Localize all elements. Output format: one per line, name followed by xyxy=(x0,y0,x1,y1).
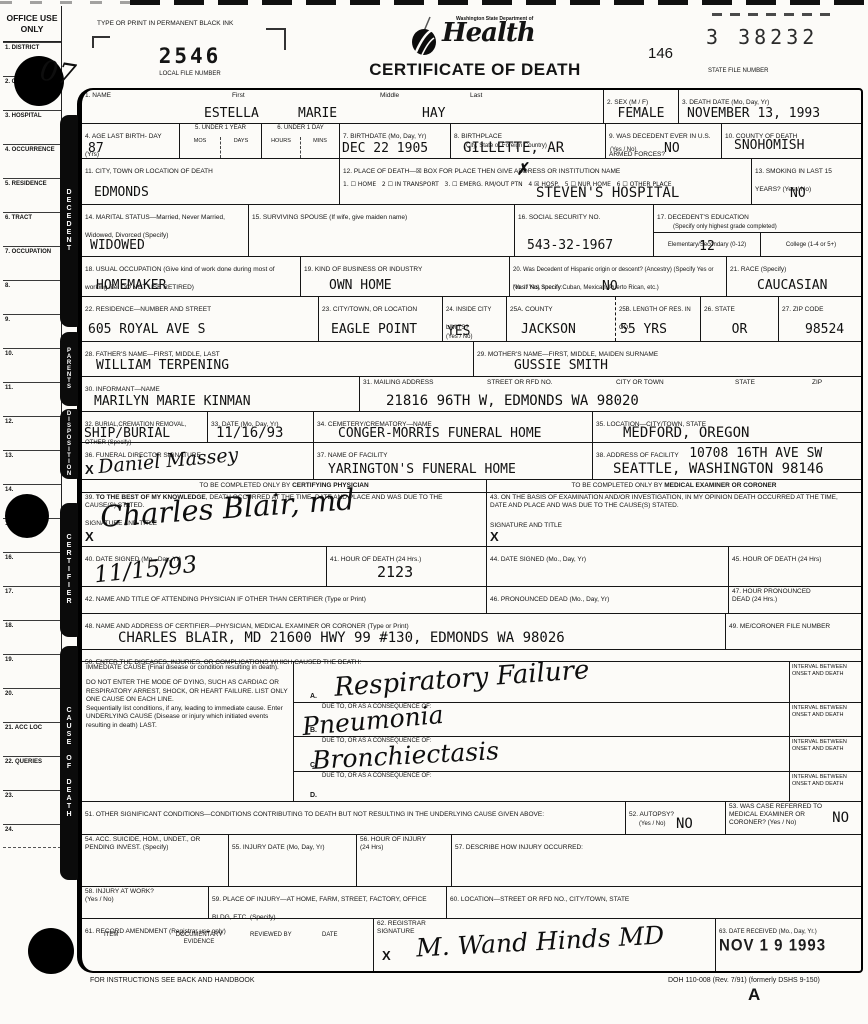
cause-a-handwritten: Respiratory Failure xyxy=(333,655,590,703)
cause-instruction-3: Sequentially list conditions, if any, le… xyxy=(86,705,289,730)
field-father-name: 28. FATHER'S NAME—FIRST, MIDDLE, LAST WI… xyxy=(82,342,474,376)
margin-item: 7. OCCUPATION xyxy=(3,246,61,280)
margin-item: 23. xyxy=(3,790,61,824)
field-record-amendment: 61. RECORD AMENDMENT (Registrar use only… xyxy=(82,919,374,971)
field-how-injury-occurred-label: 57. DESCRIBE HOW INJURY OCCURRED: xyxy=(455,844,583,851)
last-name-value: HAY xyxy=(422,106,445,121)
interval-label: INTERVAL BETWEEN ONSET AND DEATH xyxy=(789,703,861,736)
field-hour-of-death-label: 41. HOUR OF DEATH (24 Hrs.) xyxy=(330,556,421,563)
scan-edge-artifact xyxy=(130,0,868,5)
type-or-print-note: TYPE OR PRINT IN PERMANENT BLACK INK xyxy=(97,20,233,27)
amendment-reviewed-header: REVIEWED BY xyxy=(250,932,292,939)
interval-label: INTERVAL BETWEEN ONSET AND DEATH xyxy=(789,662,861,702)
tab-certifier-label: CERTIFIER xyxy=(66,534,73,606)
field-date-signed: 40. DATE SIGNED (Mo., Day, Yr) 11/15/93 xyxy=(82,547,327,586)
mother-name-value: GUSSIE SMITH xyxy=(514,358,608,373)
field-cemetery: 34. CEMETERY/CREMATORY—NAME CONGER-MORRI… xyxy=(314,412,593,442)
college-header: College (1-4 or 5+) xyxy=(786,242,836,248)
field-death-date: 3. DEATH DATE (Mo, Day, Yr) NOVEMBER 13,… xyxy=(679,90,861,123)
field-how-injury-occurred: 57. DESCRIBE HOW INJURY OCCURRED: xyxy=(452,835,861,886)
field-mother-name-label: 29. MOTHER'S NAME—FIRST, MIDDLE, MAIDEN … xyxy=(477,351,658,358)
cemetery-value: CONGER-MORRIS FUNERAL HOME xyxy=(338,426,542,441)
field-autopsy-label: 52. AUTOPSY? xyxy=(629,811,674,818)
tab-cause-of-death-label: CAUSE OF DEATH xyxy=(66,707,73,819)
facility-name-value: YARINGTON'S FUNERAL HOME xyxy=(328,462,516,477)
field-manner-of-death: 54. ACC. SUICIDE, HOM., UNDET., OR PENDI… xyxy=(82,835,229,886)
field-injury-at-work-label: 58. INJURY AT WORK? (Yes / No) xyxy=(85,888,165,904)
cause-line-c: DUE TO, OR AS A CONSEQUENCE OF: C. Bronc… xyxy=(294,737,861,772)
document-title: CERTIFICATE OF DEATH xyxy=(352,60,598,80)
field-armed-forces-label: 9. WAS DECEDENT EVER IN U.S. ARMED FORCE… xyxy=(609,133,711,158)
option-emerg-rm: 3. ☐ EMERG. RM/OUT PTN xyxy=(445,181,523,188)
field-under-1-day: 6. UNDER 1 DAY HOURS MINS xyxy=(262,124,340,158)
field-residence-county-label: 25A. COUNTY xyxy=(510,306,553,313)
mos-header: MOS xyxy=(180,137,220,158)
hours-header: HOURS xyxy=(262,137,300,158)
cause-line-a: A. Respiratory Failure INTERVAL BETWEEN … xyxy=(294,662,861,703)
field-surviving-spouse: 15. SURVIVING SPOUSE (If wife, give maid… xyxy=(249,205,515,256)
funeral-director-signature: Daniel Massey xyxy=(97,444,239,478)
cause-lines: A. Respiratory Failure INTERVAL BETWEEN … xyxy=(294,662,861,801)
street-header: STREET OR RFD NO. xyxy=(487,379,553,387)
cause-line-b: DUE TO, OR AS A CONSEQUENCE OF: B. Pneum… xyxy=(294,703,861,737)
field-residence-county: 25A. COUNTY JACKSON xyxy=(507,297,616,341)
field-me-date-signed-label: 44. DATE SIGNED (Mo., Day, Yr) xyxy=(490,556,586,563)
city-header: CITY OR TOWN xyxy=(616,379,664,387)
margin-item: 9. xyxy=(3,314,61,348)
margin-item: 4. OCCURRENCE xyxy=(3,144,61,178)
medical-examiner-band: TO BE COMPLETED ONLY BY MEDICAL EXAMINER… xyxy=(487,480,861,492)
punch-hole xyxy=(28,928,74,974)
field-under-1-year: 5. UNDER 1 YEAR MOS DAYS xyxy=(180,124,262,158)
cause-line-d: DUE TO, OR AS A CONSEQUENCE OF: D. INTER… xyxy=(294,772,861,801)
field-injury-location: 60. LOCATION—STREET OR RFD NO., CITY/TOW… xyxy=(447,887,861,918)
margin-item: 3. HOSPITAL xyxy=(3,110,61,144)
interval-label: INTERVAL BETWEEN ONSET AND DEATH xyxy=(789,737,861,771)
field-me-hour-of-death-label: 45. HOUR OF DEATH (24 Hrs) xyxy=(732,556,821,563)
elementary-secondary-value: 12 xyxy=(654,239,760,254)
mailing-address-value: 21816 96TH W, EDMONDS WA 98020 xyxy=(386,393,639,409)
field-pronounced-dead-label: 46. PRONOUNCED DEAD (Mo., Day, Yr) xyxy=(490,596,609,603)
field-informant: 30. INFORMANT—NAME MARILYN MARIE KINMAN xyxy=(82,377,360,411)
death-date-value: NOVEMBER 13, 1993 xyxy=(687,106,820,121)
field-me-date-signed: 44. DATE SIGNED (Mo., Day, Yr) xyxy=(487,547,729,586)
field-name-label: 1. NAME xyxy=(85,92,111,100)
field-city-of-death: 11. CITY, TOWN OR LOCATION OF DEATH EDMO… xyxy=(82,159,340,204)
local-file-number-block: 2546 LOCAL FILE NUMBER xyxy=(130,44,250,77)
margin-item: 21. ACC LOC xyxy=(3,722,61,756)
field-length-of-residence: 25B. LENGTH OF RES. IN CO. 55 YRS xyxy=(616,297,701,341)
field-other-conditions-label: 51. OTHER SIGNIFICANT CONDITIONS—CONDITI… xyxy=(85,811,544,818)
field-place-of-death-label: 12. PLACE OF DEATH—☒ BOX FOR PLACE THEN … xyxy=(343,168,620,175)
local-file-number: 2546 xyxy=(130,44,250,68)
field-birthplace: 8. BIRTHPLACE (City, State or Foreign Co… xyxy=(451,124,606,158)
last-header: Last xyxy=(470,92,482,100)
certificate-form: 1. NAME First Middle Last ESTELLA MARIE … xyxy=(77,88,863,973)
field-hour-pronounced-dead: 47. HOUR PRONOUNCED DEAD (24 Hrs.) xyxy=(729,587,861,613)
field-residence-street: 22. RESIDENCE—NUMBER AND STREET 605 ROYA… xyxy=(82,297,319,341)
college-col: College (1-4 or 5+) xyxy=(761,233,861,256)
state-file-number: 3 38232 xyxy=(706,25,818,49)
field-sex-label: 2. SEX (M / F) xyxy=(607,99,648,106)
field-business: 19. KIND OF BUSINESS OR INDUSTRY OWN HOM… xyxy=(301,257,510,296)
field-attending-physician-label: 42. NAME AND TITLE OF ATTENDING PHYSICIA… xyxy=(85,596,366,603)
father-name-value: WILLIAM TERPENING xyxy=(96,358,229,373)
field-disposition-date: 33. DATE (Mo, Day, Yr) 11/16/93 xyxy=(208,412,314,442)
field-certifier-name-address-label: 48. NAME AND ADDRESS OF CERTIFIER—PHYSIC… xyxy=(85,623,409,630)
field-facility-name-label: 37. NAME OF FACILITY xyxy=(317,452,387,459)
scan-dash-artifact xyxy=(712,13,837,16)
field-occupation: 18. USUAL OCCUPATION (Give kind of work … xyxy=(82,257,301,296)
first-name-value: ESTELLA xyxy=(204,106,259,121)
field-facility-address: 38. ADDRESS OF FACILITY 10708 16TH AVE S… xyxy=(593,443,861,479)
residence-county-value: JACKSON xyxy=(521,322,576,337)
residence-street-value: 605 ROYAL AVE S xyxy=(88,322,205,337)
field-hour-of-death: 41. HOUR OF DEATH (24 Hrs.) 2123 xyxy=(327,547,487,586)
field-me-certification: 43. ON THE BASIS OF EXAMINATION AND/OR I… xyxy=(487,493,861,546)
field-place-of-injury-label: 59. PLACE OF INJURY—AT HOME, FARM, STREE… xyxy=(212,896,427,921)
field-hour-of-injury: 56. HOUR OF INJURY (24 Hrs) xyxy=(357,835,452,886)
field-sex: 2. SEX (M / F) FEMALE xyxy=(604,90,679,123)
armed-forces-value: NO xyxy=(664,141,680,156)
margin-item: 6. TRACT xyxy=(3,212,61,246)
field-certifier-name-address: 48. NAME AND ADDRESS OF CERTIFIER—PHYSIC… xyxy=(82,614,726,649)
tab-certifier: CERTIFIER xyxy=(60,503,78,637)
inside-city-limits-value: YES xyxy=(447,324,470,339)
field-place-of-death: 12. PLACE OF DEATH—☒ BOX FOR PLACE THEN … xyxy=(340,159,752,204)
hosp-checkbox-mark: ✗ xyxy=(515,159,530,179)
cause-of-death-header: 50. ENTER THE DISEASES, INJURIES, OR COM… xyxy=(82,650,861,662)
margin-item: 8. xyxy=(3,280,61,314)
facility-address-line1: 10708 16TH AVE SW xyxy=(689,446,822,461)
field-business-label: 19. KIND OF BUSINESS OR INDUSTRY xyxy=(304,266,422,273)
field-facility-address-label: 38. ADDRESS OF FACILITY xyxy=(596,452,679,459)
margin-item: 18. xyxy=(3,620,61,654)
field-manner-of-death-label: 54. ACC. SUICIDE, HOM., UNDET., OR PENDI… xyxy=(85,836,205,852)
hour-of-death-value: 2123 xyxy=(377,563,413,581)
cause-of-death-grid: IMMEDIATE CAUSE (Final disease or condit… xyxy=(82,662,861,801)
signature-x-mark: X xyxy=(85,529,94,544)
field-disposition-type: 32. BURIAL,CREMATION REMOVAL, OTHER (Spe… xyxy=(82,412,208,442)
days-header: DAYS xyxy=(220,137,261,158)
margin-item: 17. xyxy=(3,586,61,620)
field-zip-label: 27. ZIP CODE xyxy=(782,306,823,313)
footer-instructions: FOR INSTRUCTIONS SEE BACK AND HANDBOOK xyxy=(90,977,255,984)
field-residence-city: 23. CITY/TOWN, OR LOCATION EAGLE POINT xyxy=(319,297,443,341)
date-received-stamp: NOV 1 9 1993 xyxy=(719,936,826,954)
cause-instructions: IMMEDIATE CAUSE (Final disease or condit… xyxy=(82,662,294,801)
field-me-file-number: 49. ME/CORONER FILE NUMBER xyxy=(726,614,861,649)
field-birthplace-label: 8. BIRTHPLACE xyxy=(454,133,502,140)
field-marital-status: 14. MARITAL STATUS—Married, Never Marrie… xyxy=(82,205,249,256)
field-referred-to-me: 53. WAS CASE REFERRED TO MEDICAL EXAMINE… xyxy=(726,802,861,834)
field-residence-city-label: 23. CITY/TOWN, OR LOCATION xyxy=(322,306,417,313)
field-injury-location-label: 60. LOCATION—STREET OR RFD NO., CITY/TOW… xyxy=(450,896,629,903)
field-registrar-signature: 62. REGISTRAR SIGNATURE X M. Wand Hinds … xyxy=(374,919,716,971)
ssn-value: 543-32-1967 xyxy=(527,238,613,253)
zip-value: 98524 xyxy=(805,322,844,337)
field-race-label: 21. RACE (Specify) xyxy=(730,266,786,273)
county-of-death-value: SNOHOMISH xyxy=(734,138,804,153)
field-marital-status-label: 14. MARITAL STATUS—Married, Never Marrie… xyxy=(85,214,225,239)
signature-x-mark: X xyxy=(490,529,499,544)
length-of-residence-value: 55 YRS xyxy=(620,322,667,337)
field-place-of-injury: 59. PLACE OF INJURY—AT HOME, FARM, STREE… xyxy=(209,887,447,918)
doh-health-word: Health xyxy=(442,22,535,45)
field-autopsy: 52. AUTOPSY? (Yes / No) NO xyxy=(626,802,726,834)
field-residence-state-label: 26. STATE xyxy=(704,306,735,313)
education-subcols: Elementary/Secondary (0-12) 12 College (… xyxy=(654,232,861,256)
field-armed-forces-yesno: (Yes / No) xyxy=(610,147,636,154)
business-value: OWN HOME xyxy=(329,278,392,293)
field-residence-street-label: 22. RESIDENCE—NUMBER AND STREET xyxy=(85,306,211,313)
margin-item: 5. RESIDENCE xyxy=(3,178,61,212)
field-other-conditions: 51. OTHER SIGNIFICANT CONDITIONS—CONDITI… xyxy=(82,802,626,834)
tab-disposition-label: DISPOSITION xyxy=(66,411,72,477)
interval-label: INTERVAL BETWEEN ONSET AND DEATH xyxy=(789,772,861,801)
field-hour-of-injury-label: 56. HOUR OF INJURY (24 Hrs) xyxy=(360,836,430,852)
me-certification-label: 43. ON THE BASIS OF EXAMINATION AND/OR I… xyxy=(490,494,850,510)
field-me-hour-of-death: 45. HOUR OF DEATH (24 Hrs) xyxy=(729,547,861,586)
margin-item: 24. xyxy=(3,824,61,848)
residence-city-value: EAGLE POINT xyxy=(331,322,417,337)
margin-item: 11. xyxy=(3,382,61,416)
field-cemetery-location: 35. LOCATION—CITY/TOWN, STATE MEDFORD, O… xyxy=(593,412,861,442)
office-use-title: OFFICE USE ONLY xyxy=(3,6,61,42)
field-education-sublabel: (Specify only highest grade completed) xyxy=(673,224,858,231)
page-number: 146 xyxy=(648,45,673,62)
state-header: STATE xyxy=(735,379,755,387)
field-death-date-label: 3. DEATH DATE (Mo, Day, Yr) xyxy=(682,99,769,106)
field-ssn: 16. SOCIAL SECURITY NO. 543-32-1967 xyxy=(515,205,654,256)
field-age: 4. AGE LAST BIRTH- DAY (Yrs) 87 xyxy=(82,124,180,158)
margin-item: 22. QUERIES xyxy=(3,756,61,790)
option-in-transport: 2 ☐ IN TRANSPORT xyxy=(382,181,439,188)
middle-name-value: MARIE xyxy=(298,106,337,121)
zip-header: ZIP xyxy=(812,379,822,387)
amendment-evidence-header: DOCUMENTARY EVIDENCE xyxy=(170,932,228,946)
field-attending-physician: 42. NAME AND TITLE OF ATTENDING PHYSICIA… xyxy=(82,587,487,613)
footer-form-number: DOH 110-008 (Rev. 7/91) (formerly DSHS 9… xyxy=(668,977,820,984)
margin-item: 16. xyxy=(3,552,61,586)
signature-x-mark: X xyxy=(382,948,391,963)
field-mailing-address-label: 31. MAILING ADDRESS xyxy=(363,379,433,387)
under-1-day-subcols: HOURS MINS xyxy=(262,137,339,158)
punch-hole xyxy=(5,494,49,538)
certification-num: 39. xyxy=(85,494,94,501)
tab-cause-of-death: CAUSE OF DEATH xyxy=(60,646,78,880)
field-name: 1. NAME First Middle Last ESTELLA MARIE … xyxy=(82,90,604,123)
margin-item: 10. xyxy=(3,348,61,382)
mins-header: MINS xyxy=(300,137,339,158)
birthdate-value: DEC 22 1905 xyxy=(342,141,428,156)
field-education: 17. DECEDENT'S EDUCATION (Specify only h… xyxy=(654,205,861,256)
field-residence-state: 26. STATE OR xyxy=(701,297,779,341)
tab-parents-label: PARENTS xyxy=(66,348,72,390)
scan-edge-artifact xyxy=(0,1,130,4)
certifier-name-address-value: CHARLES BLAIR, MD 21600 HWY 99 #130, EDM… xyxy=(118,630,565,646)
cemetery-location-value: MEDFORD, OREGON xyxy=(623,425,749,441)
line-d-marker: D. xyxy=(310,792,317,799)
local-file-number-label: LOCAL FILE NUMBER xyxy=(130,71,250,77)
margin-item: 20. xyxy=(3,688,61,722)
field-me-file-number-label: 49. ME/CORONER FILE NUMBER xyxy=(729,623,830,630)
field-facility-name: 37. NAME OF FACILITY YARINGTON'S FUNERAL… xyxy=(314,443,593,479)
doh-logo-text: Washington State Department of Health xyxy=(442,16,535,45)
referred-to-me-value: NO xyxy=(832,810,849,826)
informant-value: MARILYN MARIE KINMAN xyxy=(94,394,251,409)
corner-bracket xyxy=(266,28,286,50)
line-a-marker: A. xyxy=(310,693,317,700)
field-funeral-director-signature: 36. FUNERAL DIRECTOR SIGNATURE X Daniel … xyxy=(82,443,314,479)
field-referred-to-me-label: 53. WAS CASE REFERRED TO MEDICAL EXAMINE… xyxy=(729,803,827,827)
disposition-date-value: 11/16/93 xyxy=(216,425,283,441)
sex-value: FEMALE xyxy=(604,106,678,121)
marital-status-value: WIDOWED xyxy=(90,238,145,253)
field-education-label: 17. DECEDENT'S EDUCATION xyxy=(657,214,749,221)
office-use-column: OFFICE USE ONLY 1. DISTRICT 2. COPIES 3.… xyxy=(3,6,62,848)
district-handwritten-number: 07 xyxy=(38,53,78,91)
footer-revision-mark: A xyxy=(748,985,760,1005)
field-pronounced-dead: 46. PRONOUNCED DEAD (Mo., Day, Yr) xyxy=(487,587,729,613)
field-mother-name: 29. MOTHER'S NAME—FIRST, MIDDLE, MAIDEN … xyxy=(474,342,861,376)
field-birthdate: 7. BIRTHDATE (Mo, Day, Yr) DEC 22 1905 xyxy=(340,124,451,158)
residence-state-value: OR xyxy=(701,322,778,337)
hispanic-origin-value: NO xyxy=(602,279,618,294)
field-inside-city-limits: 24. INSIDE CITY LIMITS? (Yes / No) YES xyxy=(443,297,507,341)
field-informant-label: 30. INFORMANT—NAME xyxy=(85,386,160,393)
facility-address-line2: SEATTLE, WASHINGTON 98146 xyxy=(613,461,824,477)
elementary-secondary-col: Elementary/Secondary (0-12) 12 xyxy=(654,233,761,256)
margin-item: 12. xyxy=(3,416,61,450)
age-value: 87 xyxy=(88,141,104,156)
occupation-value: HOMEMAKER xyxy=(96,278,166,293)
margin-item: 13. xyxy=(3,450,61,484)
field-injury-date: 55. INJURY DATE (Mo, Day, Yr) xyxy=(229,835,357,886)
doh-logo: Washington State Department of Health xyxy=(406,16,535,58)
tab-decedent-label: DECEDENT xyxy=(66,189,73,253)
field-ssn-label: 16. SOCIAL SECURITY NO. xyxy=(518,214,600,221)
medical-examiner-band-bold: MEDICAL EXAMINER OR CORONER xyxy=(664,482,776,489)
field-race: 21. RACE (Specify) CAUCASIAN xyxy=(727,257,861,296)
cause-instruction-1: IMMEDIATE CAUSE (Final disease or condit… xyxy=(86,664,289,672)
middle-header: Middle xyxy=(380,92,399,100)
field-injury-date-label: 55. INJURY DATE (Mo, Day, Yr) xyxy=(232,844,325,851)
field-hispanic-yesno: (Yes / No) Specify: xyxy=(513,285,562,292)
medical-examiner-band-pre: TO BE COMPLETED ONLY BY xyxy=(572,482,665,489)
cause-instruction-2: DO NOT ENTER THE MODE OF DYING, SUCH AS … xyxy=(86,679,289,704)
tab-disposition: DISPOSITION xyxy=(60,409,78,479)
field-father-name-label: 28. FATHER'S NAME—FIRST, MIDDLE, LAST xyxy=(85,351,220,358)
field-county-of-death: 10. COUNTY OF DEATH SNOHOMISH xyxy=(722,124,861,158)
field-hispanic-origin: 20. Was Decedent of Hispanic origin or d… xyxy=(510,257,727,296)
signature-x-mark: X xyxy=(85,462,94,477)
autopsy-value: NO xyxy=(676,816,693,832)
first-header: First xyxy=(232,92,245,100)
signature-and-title-label: SIGNATURE AND TITLE xyxy=(490,522,562,530)
registrar-signature: M. Wand Hinds MD xyxy=(415,921,664,963)
field-surviving-spouse-label: 15. SURVIVING SPOUSE (If wife, give maid… xyxy=(252,214,407,221)
field-under-1-year-label: 5. UNDER 1 YEAR xyxy=(183,125,258,132)
birthplace-value: GILLETTE, AR xyxy=(463,140,564,156)
margin-item: 19. xyxy=(3,654,61,688)
field-armed-forces: 9. WAS DECEDENT EVER IN U.S. ARMED FORCE… xyxy=(606,124,722,158)
field-birthdate-label: 7. BIRTHDATE (Mo, Day, Yr) xyxy=(343,133,426,140)
death-certificate-scan: OFFICE USE ONLY 1. DISTRICT 2. COPIES 3.… xyxy=(0,0,868,1024)
doh-leaf-icon xyxy=(406,16,442,58)
field-smoking: 13. SMOKING IN LAST 15 YEARS? (Yes / No)… xyxy=(752,159,861,204)
smoking-value: NO xyxy=(790,186,806,201)
option-home: 1. ☐ HOME xyxy=(343,181,376,188)
field-date-received-label: 63. DATE RECEIVED (Mo., Day, Yr.) xyxy=(719,929,817,935)
due-to-label: DUE TO, OR AS A CONSEQUENCE OF: xyxy=(322,773,431,779)
field-injury-at-work: 58. INJURY AT WORK? (Yes / No) xyxy=(82,887,209,918)
field-date-received: 63. DATE RECEIVED (Mo., Day, Yr.) NOV 1 … xyxy=(716,919,861,971)
under-1-year-subcols: MOS DAYS xyxy=(180,137,261,158)
field-under-1-day-label: 6. UNDER 1 DAY xyxy=(265,125,336,132)
tab-parents: PARENTS xyxy=(60,332,78,406)
field-zip: 27. ZIP CODE 98524 xyxy=(779,297,861,341)
state-file-number-label: STATE FILE NUMBER xyxy=(708,68,768,74)
race-value: CAUCASIAN xyxy=(757,278,827,293)
amendment-date-header: DATE xyxy=(322,932,338,939)
field-hour-pronounced-dead-label: 47. HOUR PRONOUNCED DEAD (24 Hrs.) xyxy=(732,588,822,604)
field-physician-certification: 39. TO THE BEST OF MY KNOWLEDGE, DEATH O… xyxy=(82,493,487,546)
field-city-of-death-label: 11. CITY, TOWN OR LOCATION OF DEATH xyxy=(85,168,213,175)
field-mailing-address: 31. MAILING ADDRESS STREET OR RFD NO. CI… xyxy=(360,377,861,411)
corner-bracket xyxy=(92,36,110,48)
place-of-death-value: STEVEN'S HOSPITAL xyxy=(536,185,679,201)
amendment-item-header: ITEM xyxy=(104,932,118,939)
disposition-type-value: SHIP/BURIAL xyxy=(84,426,170,441)
tab-decedent: DECEDENT xyxy=(60,115,78,327)
city-of-death-value: EDMONDS xyxy=(94,185,149,200)
